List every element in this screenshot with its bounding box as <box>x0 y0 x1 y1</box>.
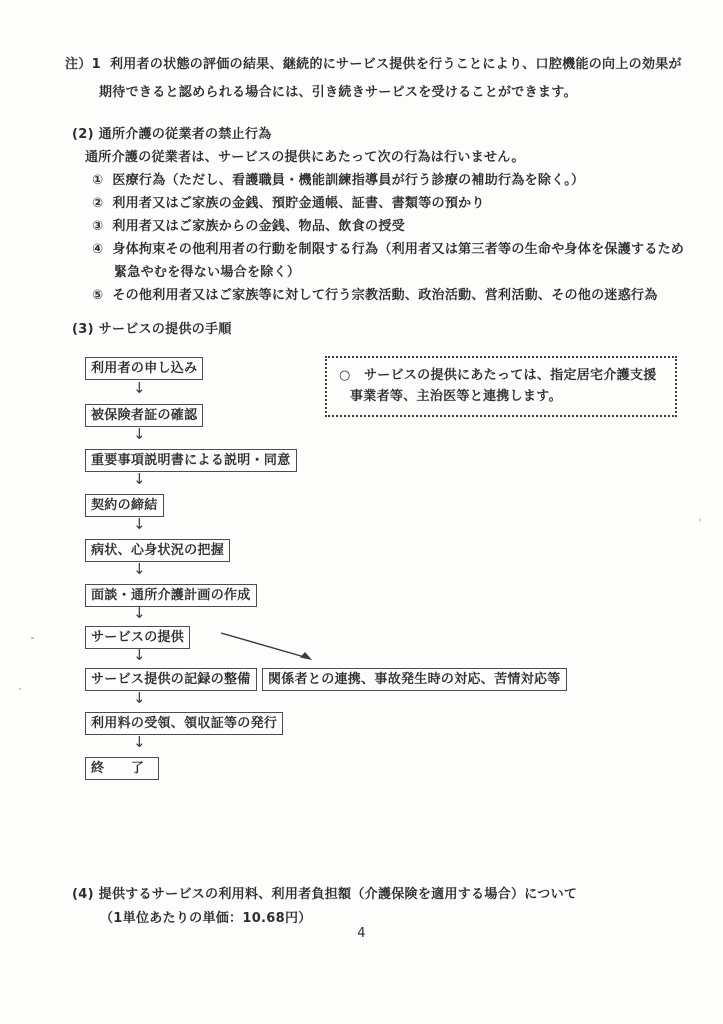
section4-heading: (4) 提供するサービスの利用料、利用者負担額（介護保険を適用する場合）について <box>72 886 577 904</box>
scan-speckle <box>19 688 21 690</box>
down-arrow-icon: ↓ <box>133 426 146 442</box>
flow-step-care-plan: 面談・通所介護計画の作成 <box>85 584 257 607</box>
page-number: 4 <box>0 925 723 943</box>
flow-step-contract: 契約の締結 <box>85 494 164 517</box>
flow-step-important-matters-explanation: 重要事項説明書による説明・同意 <box>85 449 297 472</box>
item-text: その他利用者又はご家族等に対して行う宗教活動、政治活動、営利活動、その他の迷惑行… <box>112 287 657 305</box>
section2-intro: 通所介護の従業者は、サービスの提供にあたって次の行為は行いません。 <box>85 149 525 167</box>
scan-speckle <box>699 519 701 521</box>
flow-step-condition-assessment: 病状、心身状況の把握 <box>85 539 230 562</box>
down-arrow-icon: ↓ <box>133 690 146 706</box>
prohibited-item-continuation: 緊急やむを得ない場合を除く） <box>114 264 300 282</box>
item-text: 利用者又はご家族の金銭、預貯金通帳、証書、書類等の預かり <box>112 195 484 213</box>
prohibited-item: ① 医療行為（ただし、看護職員・機能訓練指導員が行う診療の補助行為を除く。） <box>92 172 584 190</box>
down-arrow-icon: ↓ <box>133 734 146 750</box>
flow-branch-box: 関係者との連携、事故発生時の対応、苦情対応等 <box>262 668 567 691</box>
flow-step-insurance-card-check: 被保険者証の確認 <box>85 404 203 427</box>
scanned-document-page: { "page": { "number": "4" }, "note": { "… <box>0 0 723 1024</box>
down-arrow-icon: ↓ <box>133 516 146 532</box>
section3-heading: (3) サービスの提供の手順 <box>72 321 232 339</box>
flow-branch-arrow <box>213 624 325 670</box>
item-text: 身体拘束その他利用者の行動を制限する行為（利用者又は第三者等の生命や身体を保護す… <box>112 241 684 259</box>
down-arrow-icon: ↓ <box>133 647 146 663</box>
down-arrow-icon: ↓ <box>133 380 146 396</box>
down-arrow-icon: ↓ <box>133 561 146 577</box>
prohibited-item: ③ 利用者又はご家族からの金銭、物品、飲食の授受 <box>92 218 405 236</box>
note-label: 注）1 <box>65 56 101 74</box>
section2-heading: (2) 通所介護の従業者の禁止行為 <box>72 126 272 144</box>
item-number: ② <box>92 195 103 213</box>
prohibited-item: ④ 身体拘束その他利用者の行動を制限する行為（利用者又は第三者等の生命や身体を保… <box>92 241 684 259</box>
down-arrow-icon: ↓ <box>133 471 146 487</box>
flow-step-fee-receipt: 利用料の受領、領収証等の発行 <box>85 712 283 735</box>
flow-step-end: 終 了 <box>85 757 159 780</box>
item-number: ⑤ <box>92 287 103 305</box>
item-number: ① <box>92 172 103 190</box>
item-number: ④ <box>92 241 103 259</box>
liaison-note-box: ○ サービスの提供にあたっては、指定居宅介護支援 事業者等、主治医等と連携します… <box>325 356 677 417</box>
note-line-1: 注）1 利用者の状態の評価の結果、継続的にサービス提供を行うことにより、口腔機能… <box>65 56 682 74</box>
note-text: 利用者の状態の評価の結果、継続的にサービス提供を行うことにより、口腔機能の向上の… <box>110 56 682 74</box>
prohibited-item: ⑤ その他利用者又はご家族等に対して行う宗教活動、政治活動、営利活動、その他の迷… <box>92 287 658 305</box>
item-text: 利用者又はご家族からの金銭、物品、飲食の授受 <box>112 218 405 236</box>
down-arrow-icon: ↓ <box>133 605 146 621</box>
item-number: ③ <box>92 218 103 236</box>
flow-step-application: 利用者の申し込み <box>85 357 203 380</box>
note-line-2: 期待できると認められる場合には、引き続きサービスを受けることができます。 <box>99 84 577 102</box>
liaison-note-line-1: ○ サービスの提供にあたっては、指定居宅介護支援 <box>339 365 667 386</box>
liaison-note-line-2: 事業者等、主治医等と連携します。 <box>350 386 667 407</box>
flow-step-record-keeping: サービス提供の記録の整備 <box>85 668 257 691</box>
scan-speckle <box>31 637 34 639</box>
item-text: 医療行為（ただし、看護職員・機能訓練指導員が行う診療の補助行為を除く。） <box>112 172 584 190</box>
prohibited-item: ② 利用者又はご家族の金銭、預貯金通帳、証書、書類等の預かり <box>92 195 485 213</box>
